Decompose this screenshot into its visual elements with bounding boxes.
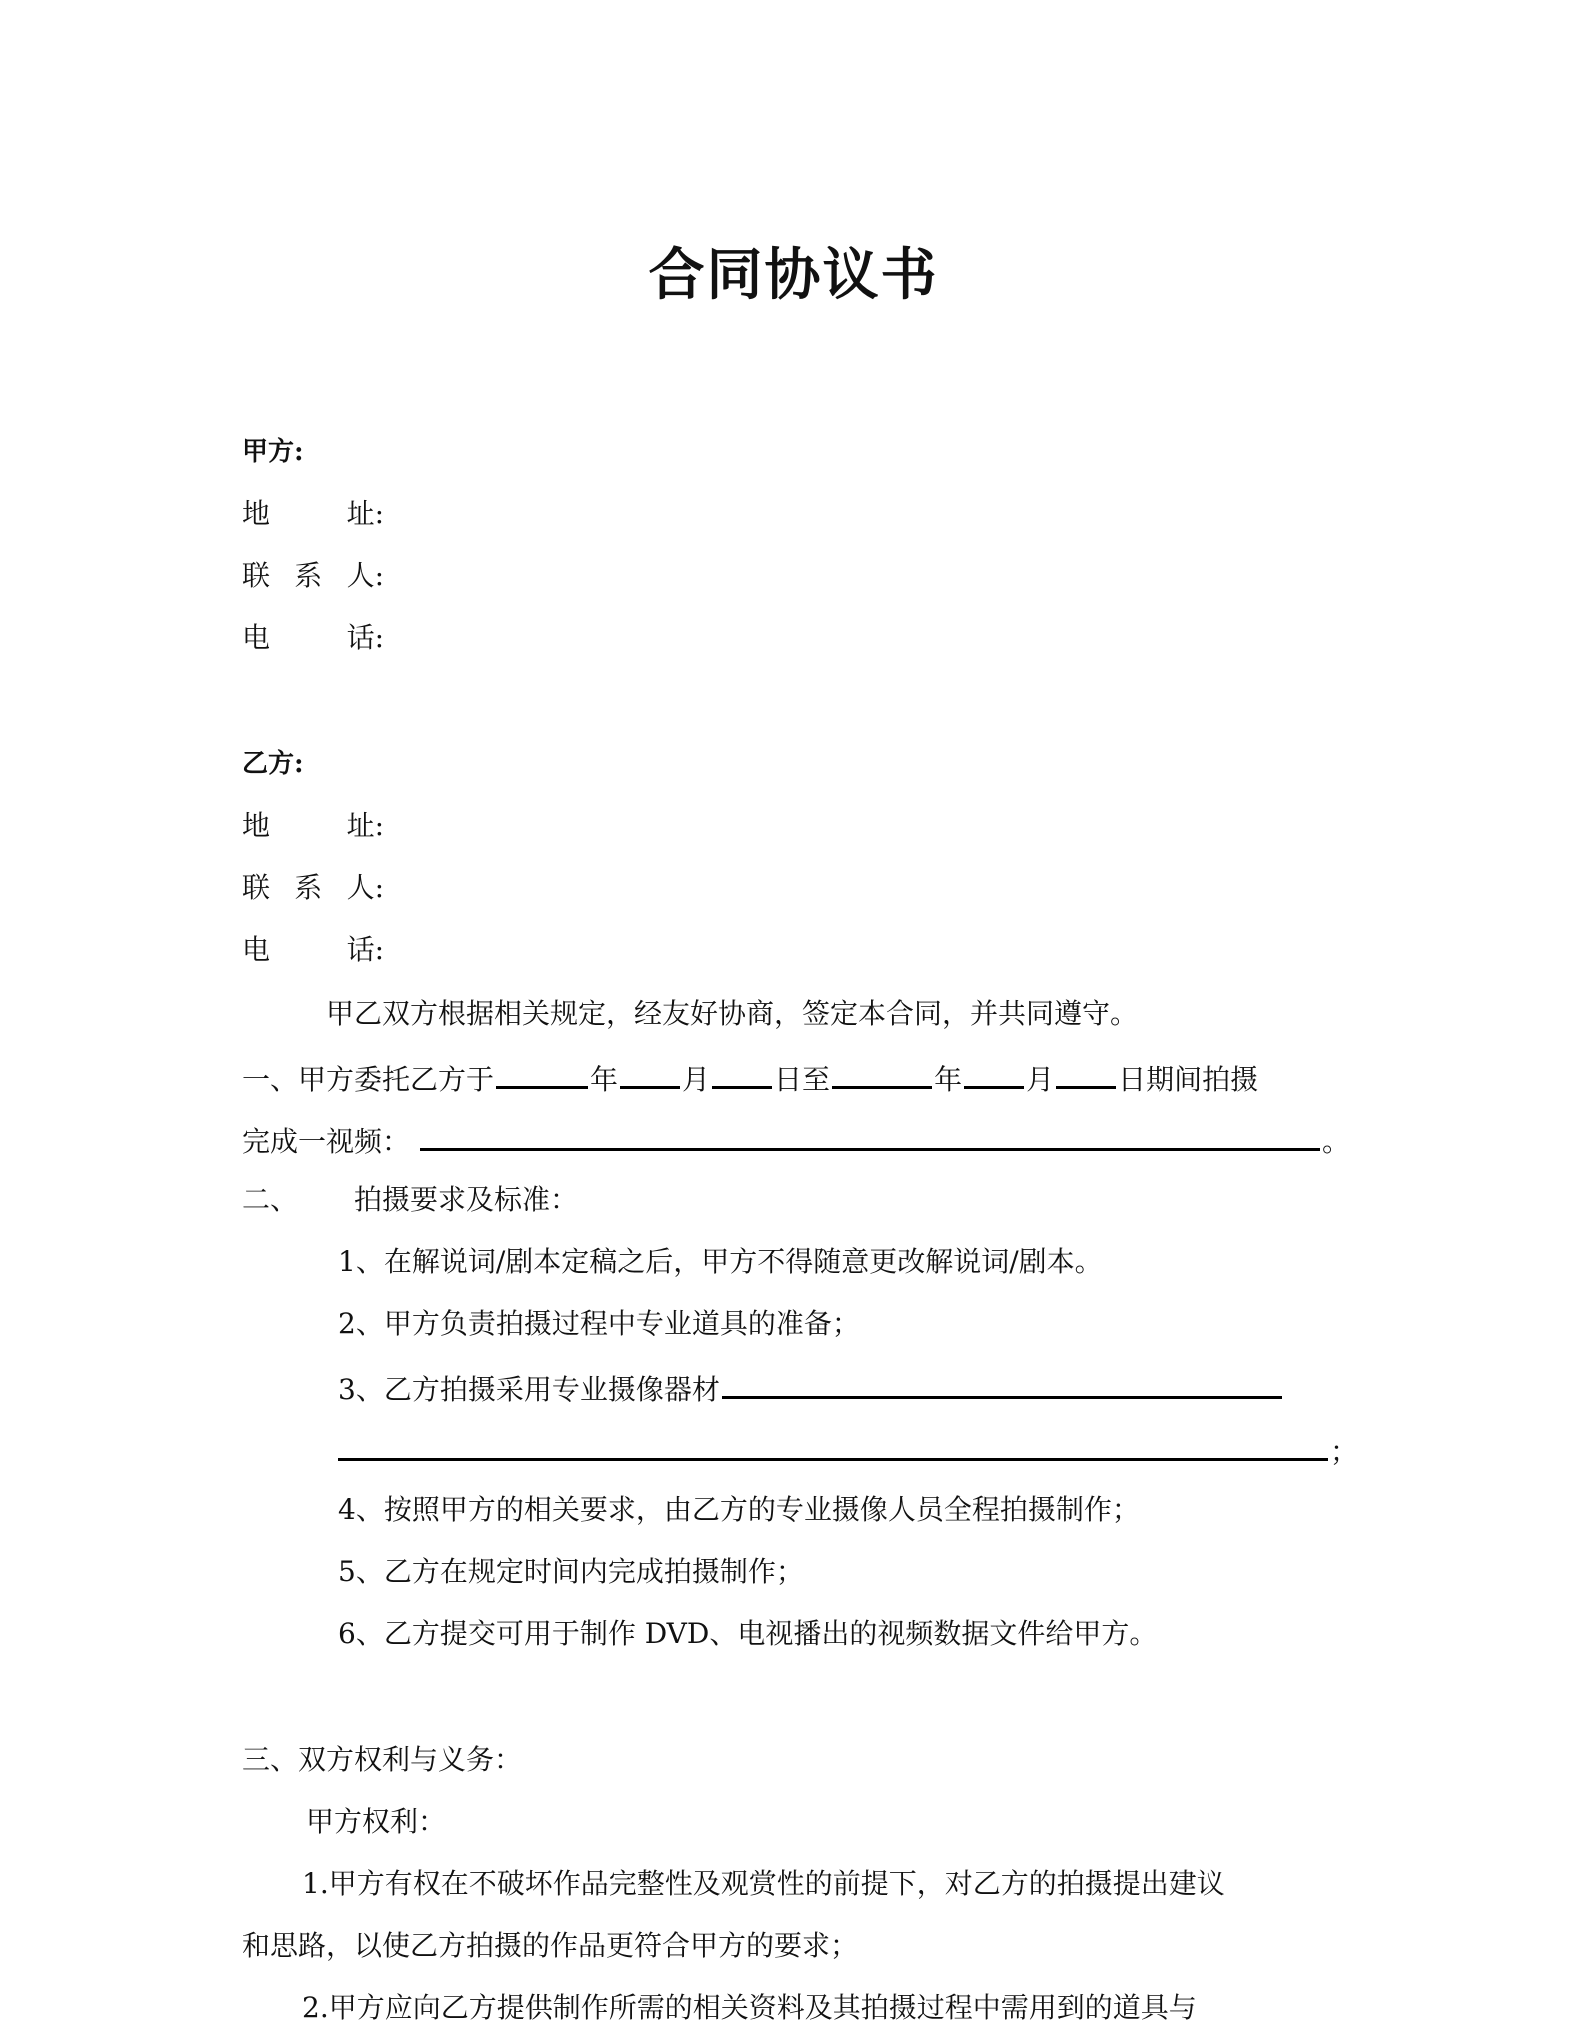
clause-2-item-4: 4、按照甲方的相关要求，由乙方的专业摄像人员全程拍摄制作； [338, 1490, 1140, 1530]
document-title: 合同协议书 [0, 240, 1587, 310]
party-b-phone-row: 电 话: [242, 930, 384, 970]
preamble-paragraph: 甲乙双方根据相关规定，经友好协商，签定本合同，并共同遵守。 [326, 994, 1138, 1034]
party-a-heading: 甲方: [242, 432, 304, 472]
party-b-address-label: 地 址: [242, 806, 384, 846]
clause-2-item-3-cont: ； [338, 1428, 1358, 1472]
party-a-right-2-line-1: 2.甲方应向乙方提供制作所需的相关资料及其拍摄过程中需用到的道具与 [302, 1988, 1197, 2028]
clause-3-heading: 三、双方权利与义务： [242, 1740, 522, 1780]
party-a-phone-row: 电 话: [242, 618, 384, 658]
equipment-blank-2[interactable] [338, 1428, 1328, 1461]
start-day-blank[interactable] [712, 1056, 772, 1089]
clause-2-heading: 拍摄要求及标准： [354, 1183, 578, 1216]
party-a-contact-label: 联 系 人: [242, 556, 384, 596]
party-a-address-row: 地 址: [242, 494, 384, 534]
end-year-blank[interactable] [832, 1056, 932, 1089]
clause-2-item-5: 5、乙方在规定时间内完成拍摄制作； [338, 1552, 804, 1592]
clause-2-item-6: 6、乙方提交可用于制作 DVD、电视播出的视频数据文件给甲方。 [338, 1614, 1157, 1654]
start-month-blank[interactable] [620, 1056, 680, 1089]
party-b-phone-label: 电 话: [242, 930, 384, 970]
clause-2-item-2: 2、甲方负责拍摄过程中专业道具的准备； [338, 1304, 860, 1344]
equipment-blank-1[interactable] [722, 1366, 1282, 1399]
party-b-heading: 乙方: [242, 744, 304, 784]
party-a-rights-heading: 甲方权利： [306, 1802, 446, 1842]
clause-1-line-1: 一、甲方委托乙方于年月日至年月日期间拍摄 [242, 1056, 1258, 1100]
end-month-blank[interactable] [964, 1056, 1024, 1089]
party-a-address-label: 地 址: [242, 494, 384, 534]
party-b-contact-label: 联 系 人: [242, 868, 384, 908]
party-a-right-1-line-1: 1.甲方有权在不破坏作品完整性及观赏性的前提下，对乙方的拍摄提出建议 [302, 1864, 1225, 1904]
end-day-blank[interactable] [1056, 1056, 1116, 1089]
party-b-contact-row: 联 系 人: [242, 868, 384, 908]
clause-2-item-3: 3、乙方拍摄采用专业摄像器材 [338, 1366, 1284, 1410]
clause-1-line-2: 完成一视频：。 [242, 1118, 1350, 1162]
party-a-phone-label: 电 话: [242, 618, 384, 658]
clause-2-heading-row: 二、拍摄要求及标准： [242, 1180, 578, 1220]
clause-2-number: 二、 [242, 1180, 354, 1220]
document-page: 合同协议书 甲方: 地 址: 联 系 人: 电 话: 乙方: 地 址: 联 系 [0, 0, 1587, 2035]
start-year-blank[interactable] [496, 1056, 588, 1089]
video-title-blank[interactable] [420, 1118, 1320, 1151]
party-a-right-1-line-2: 和思路，以使乙方拍摄的作品更符合甲方的要求； [242, 1926, 858, 1966]
party-a-contact-row: 联 系 人: [242, 556, 384, 596]
party-b-address-row: 地 址: [242, 806, 384, 846]
clause-2-item-1: 1、在解说词/剧本定稿之后，甲方不得随意更改解说词/剧本。 [338, 1242, 1103, 1282]
